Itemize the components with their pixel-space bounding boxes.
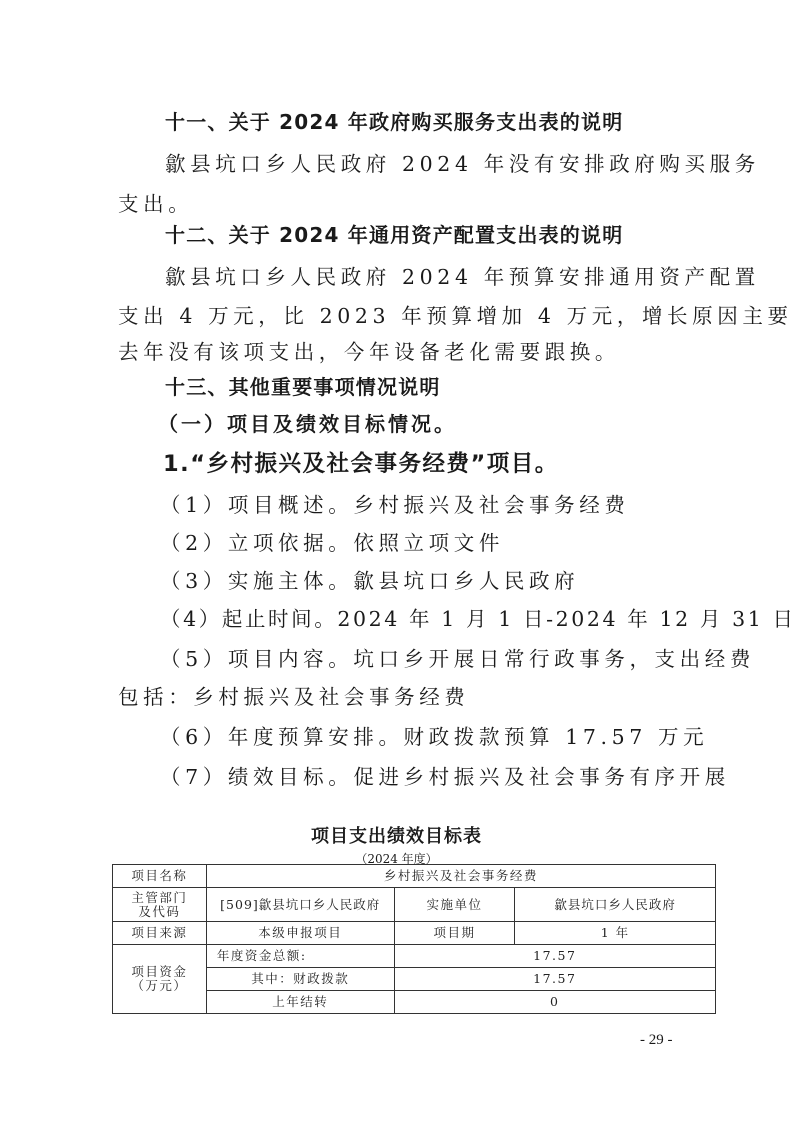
source-label: 项目来源	[113, 922, 207, 945]
funds-label-line2: （万元）	[117, 979, 202, 993]
dept-label-line2: 及代码	[117, 905, 202, 919]
section-11-body: 歙县坑口乡人民政府 2024 年没有安排政府购买服务	[165, 147, 760, 177]
project-item-2: （2）立项依据。依照立项文件	[160, 526, 504, 556]
project-name-label: 项目名称	[113, 865, 207, 888]
dept-label-line1: 主管部门	[117, 891, 202, 905]
performance-target-table: 项目名称 乡村振兴及社会事务经费 主管部门及代码 [509]歙县坑口乡人民政府 …	[112, 864, 716, 1014]
section-12-body-cont2: 去年没有该项支出，今年设备老化需要跟换。	[118, 335, 620, 365]
project-item-4: （4）起止时间。2024 年 1 月 1 日-2024 年 12 月 31 日	[160, 602, 793, 632]
section-11-body-cont: 支出。	[118, 187, 193, 217]
section-13-heading: 十三、其他重要事项情况说明	[165, 371, 441, 400]
table-row: 项目名称 乡村振兴及社会事务经费	[113, 865, 716, 888]
funds-carryover-value: 0	[394, 991, 715, 1014]
period-value: 1 年	[515, 922, 716, 945]
project-item-7: （7）绩效目标。促进乡村振兴及社会事务有序开展	[160, 760, 730, 790]
section-13-subheading: （一）项目及绩效目标情况。	[158, 408, 457, 437]
project-item-1: （1）项目概述。乡村振兴及社会事务经费	[160, 488, 629, 518]
source-value: 本级申报项目	[206, 922, 394, 945]
project-item-5: （5）项目内容。坑口乡开展日常行政事务，支出经费	[160, 642, 755, 672]
project-item-6: （6）年度预算安排。财政拨款预算 17.57 万元	[160, 720, 708, 750]
document-page: 十一、关于 2024 年政府购买服务支出表的说明 歙县坑口乡人民政府 2024 …	[0, 0, 793, 1122]
section-12-heading: 十二、关于 2024 年通用资产配置支出表的说明	[165, 219, 623, 248]
section-11-heading: 十一、关于 2024 年政府购买服务支出表的说明	[165, 106, 623, 135]
dept-value: [509]歙县坑口乡人民政府	[206, 888, 394, 922]
table-row: 项目资金（万元） 年度资金总额: 17.57	[113, 945, 716, 968]
dept-label: 主管部门及代码	[113, 888, 207, 922]
funds-total-value: 17.57	[394, 945, 715, 968]
section-12-body: 歙县坑口乡人民政府 2024 年预算安排通用资产配置	[165, 260, 760, 290]
funds-label: 项目资金（万元）	[113, 945, 207, 1014]
project-name-value: 乡村振兴及社会事务经费	[206, 865, 715, 888]
project-item-3: （3）实施主体。歙县坑口乡人民政府	[160, 564, 579, 594]
section-12-body-cont: 支出 4 万元，比 2023 年预算增加 4 万元，增长原因主要是	[118, 299, 793, 329]
project-item-5-cont: 包括：乡村振兴及社会事务经费	[118, 680, 469, 710]
funds-carryover-label: 上年结转	[206, 991, 394, 1014]
funds-total-label: 年度资金总额:	[206, 945, 394, 968]
table-row: 主管部门及代码 [509]歙县坑口乡人民政府 实施单位 歙县坑口乡人民政府	[113, 888, 716, 922]
impl-unit-value: 歙县坑口乡人民政府	[515, 888, 716, 922]
impl-unit-label: 实施单位	[394, 888, 515, 922]
funds-fiscal-label: 其中：财政拨款	[206, 968, 394, 991]
table-title: 项目支出绩效目标表	[0, 822, 793, 848]
table-row: 项目来源 本级申报项目 项目期 1 年	[113, 922, 716, 945]
project-heading: 1.“乡村振兴及社会事务经费”项目。	[163, 446, 559, 478]
page-number: - 29 -	[640, 1032, 673, 1049]
period-label: 项目期	[394, 922, 515, 945]
funds-fiscal-value: 17.57	[394, 968, 715, 991]
funds-label-line1: 项目资金	[117, 965, 202, 979]
